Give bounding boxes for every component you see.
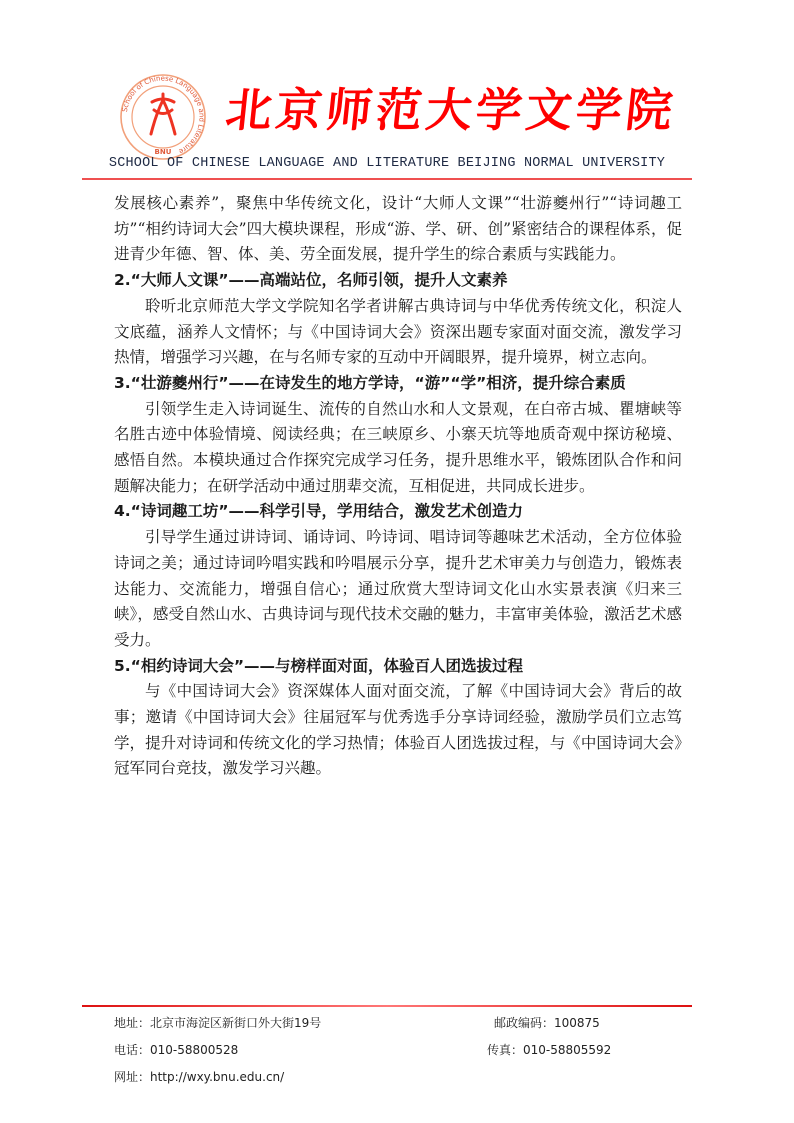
- institution-title-en: SCHOOL OF CHINESE LANGUAGE AND LITERATUR…: [82, 156, 692, 171]
- section-paragraph: 引领学生走入诗词诞生、流传的自然山水和人文景观，在白帝古城、瞿塘峡等名胜古迹中体…: [114, 397, 682, 500]
- footer-postcode: 邮政编码：100875: [494, 1014, 600, 1031]
- section-heading: 2.“大师人文课”——高端站位，名师引领，提升人文素养: [114, 268, 682, 294]
- svg-text:BNU: BNU: [155, 148, 172, 156]
- footer-fax: 传真：010-58805592: [487, 1041, 611, 1058]
- footer-phone: 电话：010-58800528: [114, 1041, 238, 1058]
- institution-title-cn: 北京师范大学文学院: [223, 80, 679, 140]
- bnu-logo: School of Chinese Language and Literatur…: [118, 72, 208, 162]
- section-paragraph: 聆听北京师范大学文学院知名学者讲解古典诗词与中华优秀传统文化，积淀人文底蕴，涵养…: [114, 294, 682, 371]
- section-paragraph: 与《中国诗词大会》资深媒体人面对面交流，了解《中国诗词大会》背后的故事；邀请《中…: [114, 679, 682, 782]
- footer-address: 地址：北京市海淀区新街口外大街19号: [114, 1014, 321, 1031]
- section-heading: 5.“相约诗词大会”——与榜样面对面，体验百人团选拔过程: [114, 654, 682, 680]
- header-divider: [82, 178, 692, 180]
- document-body: 发展核心素养”，聚焦中华传统文化，设计“大师人文课”“壮游夔州行”“诗词趣工坊”…: [114, 191, 682, 782]
- section-heading: 4.“诗词趣工坊”——科学引导，学用结合，激发艺术创造力: [114, 499, 682, 525]
- section-heading: 3.“壮游夔州行”——在诗发生的地方学诗，“游”“学”相济，提升综合素质: [114, 371, 682, 397]
- intro-paragraph: 发展核心素养”，聚焦中华传统文化，设计“大师人文课”“壮游夔州行”“诗词趣工坊”…: [114, 191, 682, 268]
- bnu-emblem-icon: School of Chinese Language and Literatur…: [118, 72, 208, 162]
- section-paragraph: 引导学生通过讲诗词、诵诗词、吟诗词、唱诗词等趣味艺术活动，全方位体验诗词之美；通…: [114, 525, 682, 654]
- letterhead: School of Chinese Language and Literatur…: [0, 0, 794, 185]
- footer-website-link[interactable]: 网址：http://wxy.bnu.edu.cn/: [114, 1068, 284, 1085]
- footer-divider: [82, 1005, 692, 1007]
